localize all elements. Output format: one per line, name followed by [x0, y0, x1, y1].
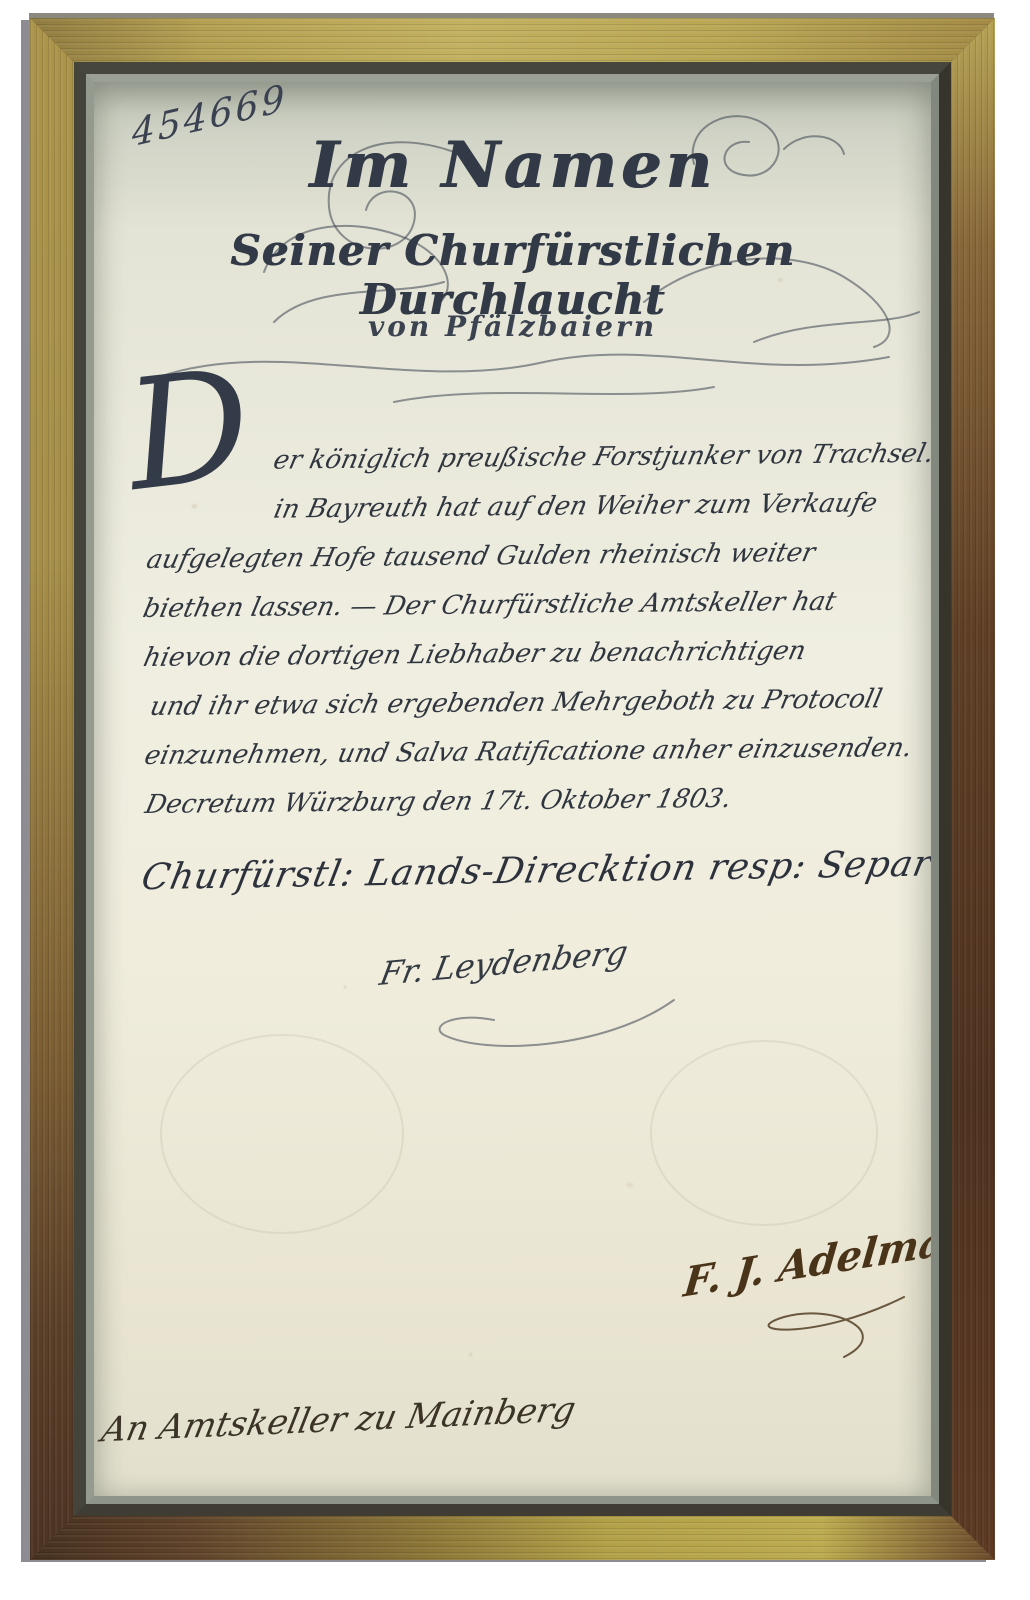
body-line: biethen lassen. — Der Churfürstliche Amt…	[138, 577, 926, 634]
body-line: aufgelegten Hofe tausend Gulden rheinisc…	[142, 528, 926, 585]
body-line: einzunehmen, und Salva Ratificatione anh…	[140, 724, 928, 781]
embossed-seal-mark	[650, 1040, 878, 1226]
embossed-seal-mark	[160, 1034, 404, 1234]
frame-right-bar	[951, 18, 995, 1560]
body-line: und ihr etwa sich ergebenden Mehrgeboth …	[145, 675, 927, 732]
picture-frame: 454669 Im Namen Seiner Churfürstlichen D…	[30, 18, 995, 1560]
header-line-1: Im Namen	[94, 128, 931, 203]
issuing-office-line: Churfürstl: Lands-Direcktion resp: Separ…	[138, 843, 931, 899]
main-signature: F. J. Adelmann	[681, 1208, 931, 1307]
body-line: er königlich preußische Forstjunker von …	[146, 430, 924, 487]
address-line: An Amtskeller zu Mainberg	[98, 1389, 579, 1450]
signature-flourish-icon	[424, 990, 684, 1060]
decree-body: D er königlich preußische Forstjunker vo…	[136, 430, 917, 830]
frame-bottom-bar	[30, 1516, 995, 1560]
body-line: Decretum Würzburg den 17t. Oktober 1803.	[140, 773, 928, 830]
counter-signature: Fr. Leydenberg	[377, 933, 631, 993]
body-line: hievon die dortigen Liebhaber zu benachr…	[139, 626, 927, 683]
body-line: in Bayreuth hat auf den Weiher zum Verka…	[137, 479, 925, 536]
frame-left-bar	[30, 18, 74, 1560]
frame-top-bar	[30, 18, 995, 62]
document-paper: 454669 Im Namen Seiner Churfürstlichen D…	[94, 82, 931, 1496]
flourish-underline-icon	[154, 332, 894, 412]
